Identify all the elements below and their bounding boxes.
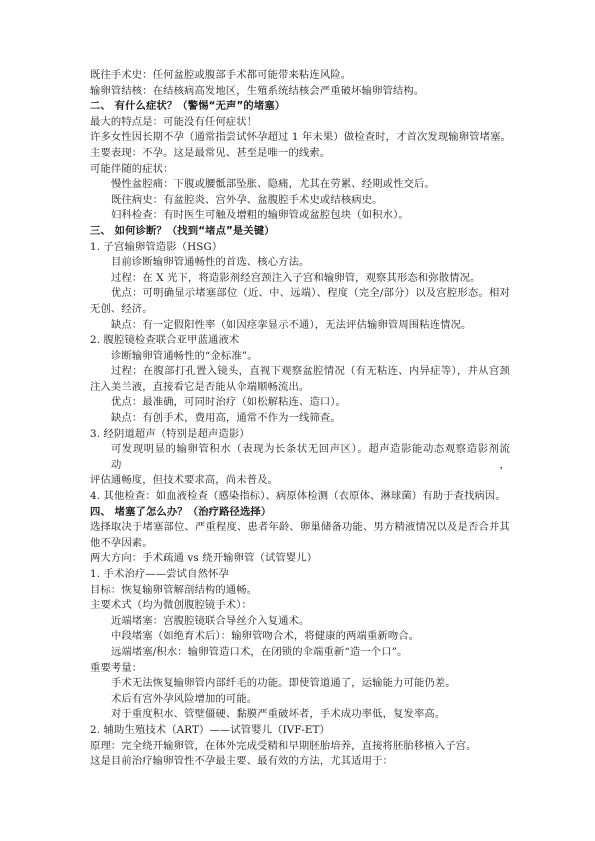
paragraph-line: 1. 手术治疗——尝试自然怀孕 [90,567,510,583]
paragraph-line: 目标：恢复输卵管解剖结构的通畅。 [90,583,510,599]
indented-paragraph-line: 缺点：有一定假阳性率（如因痉挛显示不通），无法评估输卵管周围粘连情况。 [90,318,510,334]
paragraph-line: 1. 子宫输卵管造影（HSG） [90,240,510,256]
paragraph-line: 3. 经阴道超声（特别是超声造影） [90,427,510,443]
indented-paragraph-line: 近端堵塞：宫腹腔镜联合导丝介入复通术。 [90,614,510,630]
indented-paragraph-line: 诊断输卵管通畅性的“金标准”。 [90,349,510,365]
indented-paragraph-line: 过程：在腹部打孔置入镜头，直视下观察盆腔情况（有无粘连、内异症等），并从宫颈 [90,364,510,380]
paragraph-line: 输卵管结核：在结核病高发地区，生殖系统结核会严重破坏输卵管结构。 [90,84,510,100]
indented-paragraph-line: 目前诊断输卵管通畅性的首选、核心方法。 [90,255,510,271]
section-heading: 二、 有什么症状？（警惕“无声”的堵塞） [90,99,510,115]
paragraph-line: 这是目前治疗输卵管性不孕最主要、最有效的方法，尤其适用于： [90,754,510,770]
paragraph-line: 主要表现：不孕。这是最常见、甚至是唯一的线索。 [90,146,510,162]
paragraph-line: 可能伴随的症状： [90,162,510,178]
paragraph-line: 2. 辅助生殖技术（ART）——试管婴儿（IVF-ET） [90,723,510,739]
indented-paragraph-line: 慢性盆腔痛：下腹或腰骶部坠胀、隐痛，尤其在劳累、经期或性交后。 [90,177,510,193]
indented-paragraph-line: 对于重度积水、管壁僵硬、黏膜严重破坏者，手术成功率低，复发率高。 [90,707,510,723]
paragraph-line: 评估通畅度，但技术要求高，尚未普及。 [90,473,510,489]
indented-paragraph-line: 可发现明显的输卵管积水（表现为长条状无回声区）。超声造影能动态观察造影剂流动， [90,442,510,473]
paragraph-line: 重要考量： [90,661,510,677]
indented-paragraph-line: 过程：在 X 光下，将造影剂经宫颈注入子宫和输卵管，观察其形态和弥散情况。 [90,271,510,287]
paragraph-line: 他不孕因素。 [90,536,510,552]
indented-paragraph-line: 既往病史：有盆腔炎、宫外孕、盆腹腔手术史或结核病史。 [90,193,510,209]
paragraph-line: 原理：完全绕开输卵管，在体外完成受精和早期胚胎培养，直接将胚胎移植入子宫。 [90,739,510,755]
paragraph-line: 最大的特点是：可能没有任何症状！ [90,115,510,131]
indented-paragraph-line: 中段堵塞（如绝育术后）：输卵管吻合术，将健康的两端重新吻合。 [90,629,510,645]
paragraph-line: 选择取决于堵塞部位、严重程度、患者年龄、卵巢储备功能、男方精液情况以及是否合并其 [90,520,510,536]
indented-paragraph-line: 手术无法恢复输卵管内部纤毛的功能。即使管道通了，运输能力可能仍差。 [90,676,510,692]
paragraph-line: 主要术式（均为微创腹腔镜手术）： [90,598,510,614]
indented-paragraph-line: 缺点：有创手术，费用高，通常不作为一线筛查。 [90,411,510,427]
paragraph-line: 4. 其他检查：如血液检查（感染指标）、病原体检测（衣原体、淋球菌）有助于查找病… [90,489,510,505]
paragraph-line: 无创、经济。 [90,302,510,318]
indented-paragraph-line: 术后有宫外孕风险增加的可能。 [90,692,510,708]
paragraph-line: 许多女性因长期不孕（通常指尝试怀孕超过 1 年未果）做检查时，才首次发现输卵管堵… [90,130,510,146]
paragraph-line: 既往手术史：任何盆腔或腹部手术都可能带来粘连风险。 [90,68,510,84]
paragraph-line: 2. 腹腔镜检查联合亚甲蓝通液术 [90,333,510,349]
section-heading: 四、 堵塞了怎么办？（治疗路径选择） [90,505,510,521]
indented-paragraph-line: 优点：最准确，可同时治疗（如松解粘连、造口）。 [90,395,510,411]
document-page: 既往手术史：任何盆腔或腹部手术都可能带来粘连风险。输卵管结核：在结核病高发地区，… [90,68,510,770]
paragraph-line: 注入美兰液，直接看它是否能从伞端顺畅流出。 [90,380,510,396]
paragraph-line: 两大方向：手术疏通 vs 绕开输卵管（试管婴儿） [90,551,510,567]
indented-paragraph-line: 优点：可明确显示堵塞部位（近、中、远端）、程度（完全/部分）以及宫腔形态。相对 [90,286,510,302]
indented-paragraph-line: 远端堵塞/积水：输卵管造口术，在闭锁的伞端重新“造一个口”。 [90,645,510,661]
indented-paragraph-line: 妇科检查：有时医生可触及增粗的输卵管或盆腔包块（如积水）。 [90,208,510,224]
section-heading: 三、 如何诊断？（找到“堵点”是关键） [90,224,510,240]
